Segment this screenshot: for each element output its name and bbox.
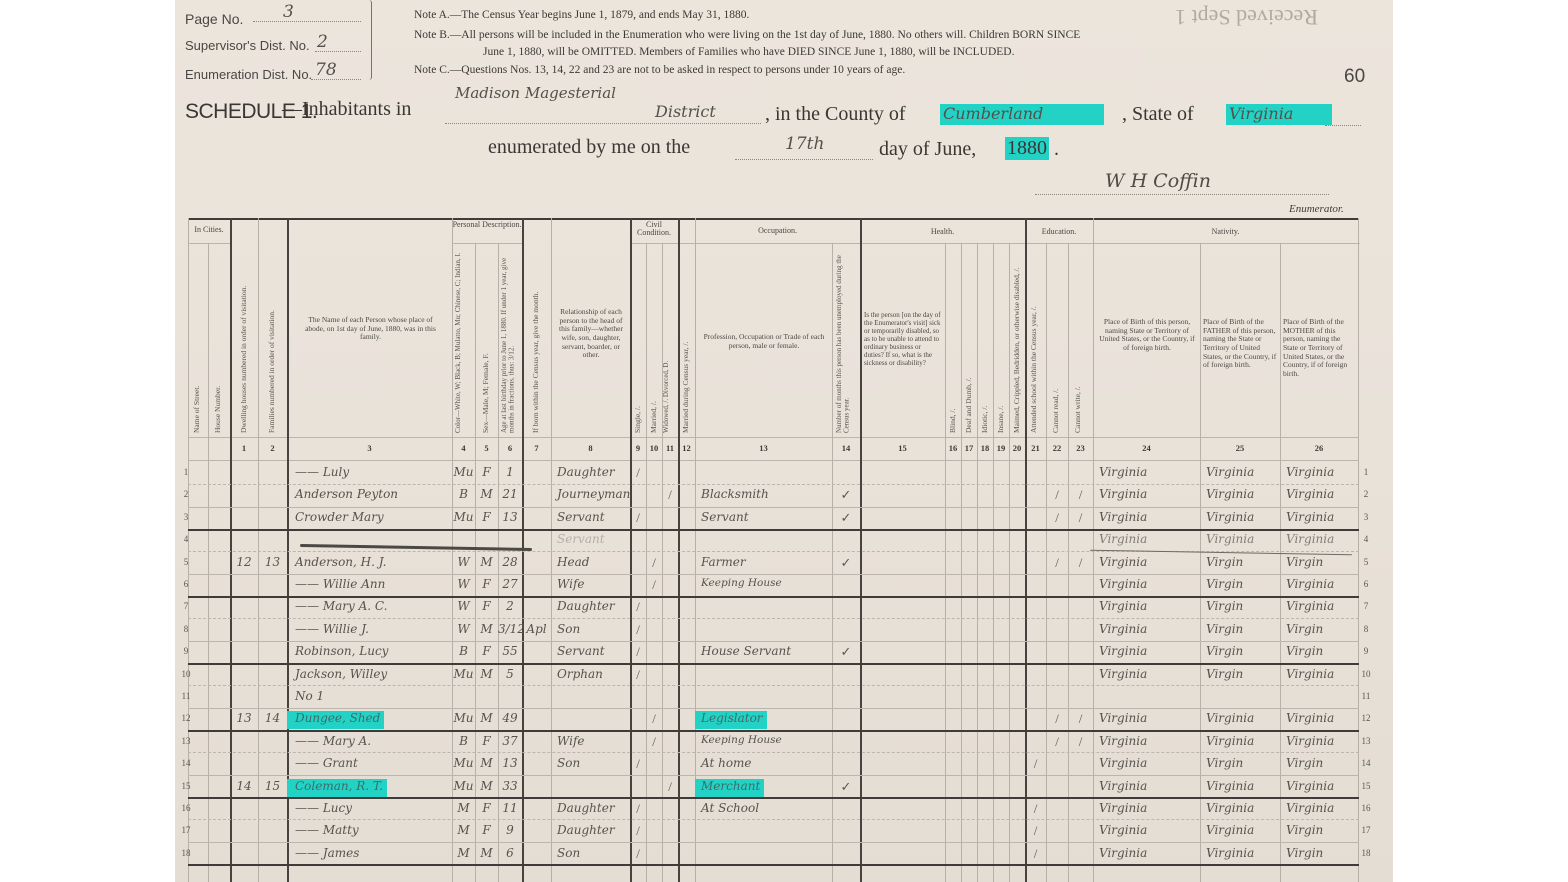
census-page: Page No. 3 Supervisor's Dist. No. 2 Enum… [175, 0, 1393, 882]
cell-single: / [630, 823, 646, 839]
cell-single: / [630, 801, 646, 817]
cell-age: 28 [498, 555, 522, 569]
cell-relation: Wife [551, 734, 636, 748]
supervisor-label: Supervisor's Dist. No. [185, 38, 310, 53]
note-c: Note C.—Questions Nos. 13, 14, 22 and 23… [414, 64, 905, 76]
cell-mother: Virginia [1280, 667, 1364, 681]
cell-occupation: At home [695, 756, 838, 770]
cell-sex: M [475, 711, 498, 725]
cell-father: Virginia [1200, 779, 1286, 793]
cell-father: Virgin [1200, 622, 1286, 636]
vline [945, 243, 946, 882]
cell-single: / [630, 622, 646, 638]
cell-color: B [452, 487, 475, 501]
colnum-23: 23 [1068, 443, 1093, 453]
note-a: Note A.—The Census Year begins June 1, 1… [414, 9, 749, 21]
row-number-left: 1 [179, 467, 193, 477]
cell-mother: Virginia [1280, 801, 1364, 815]
colnum-19: 19 [993, 443, 1009, 453]
row-divider-thick [188, 663, 1359, 665]
header-col15-sick: Is the person [on the day of the Enumera… [864, 311, 942, 367]
group-divider [452, 243, 522, 244]
cell-color: M [452, 823, 475, 837]
row-divider-thick [188, 864, 1359, 866]
row-number-left: 11 [179, 691, 193, 701]
vline [961, 243, 962, 882]
colnum-17: 17 [961, 443, 977, 453]
group-in-cities: In Cities. [188, 226, 230, 234]
cell-sex: M [475, 622, 498, 636]
cell-color: Mu [452, 667, 475, 681]
cell-sex: M [475, 846, 498, 860]
header-col16-blind: Blind, /. [949, 398, 957, 433]
cell-age: 6 [498, 846, 522, 860]
cell-mother: Virgin [1280, 823, 1364, 837]
cell-mother: Virginia [1280, 465, 1364, 479]
cell-school: / [1025, 823, 1046, 839]
cell-relation: Servant [551, 510, 636, 524]
cell-relation: Daughter [551, 599, 636, 613]
cell-color: Mu [452, 465, 475, 479]
vline [1025, 218, 1027, 882]
vline [678, 218, 680, 882]
enumeration-value: 78 [315, 60, 337, 80]
enumerator-label: Enumerator. [1289, 203, 1344, 215]
row-number-left: 2 [179, 489, 193, 499]
cell-father: Virgin [1200, 667, 1286, 681]
cell-mother: Virgin [1280, 846, 1364, 860]
cell-name: Dungee, Shed [287, 711, 384, 729]
cell-birth: Virginia [1093, 622, 1206, 636]
header-col2: Families numbered in order of visitation… [268, 268, 276, 433]
group-health: Health. [860, 228, 1025, 236]
cell-sex: F [475, 510, 498, 524]
cell-color: Mu [452, 756, 475, 770]
colnum-21: 21 [1025, 443, 1046, 453]
cell-school: / [1025, 756, 1046, 772]
district-value: District [655, 102, 716, 121]
group-nativity: Nativity. [1093, 228, 1358, 236]
cell-mother: Virginia [1280, 711, 1364, 725]
colnum-24: 24 [1093, 443, 1200, 453]
cell-name: —— James [287, 846, 452, 860]
vline [551, 218, 552, 882]
row-divider [188, 842, 1359, 843]
cell-name: —— Grant [287, 756, 452, 770]
cell-father: Virginia [1200, 846, 1286, 860]
row-number-right: 11 [1359, 691, 1373, 701]
cell-name: Robinson, Lucy [287, 644, 452, 658]
cell-occupation: Servant [695, 510, 838, 524]
note-b-line2: June 1, 1880, will be OMITTED. Members o… [483, 46, 1014, 58]
colnum-14: 14 [832, 443, 860, 453]
cell-color: B [452, 644, 475, 658]
cell-relation: Orphan [551, 667, 636, 681]
row-number-left: 16 [179, 803, 193, 813]
cell-sex: F [475, 734, 498, 748]
vline [208, 243, 209, 882]
received-stamp: Received Sept 1 [1175, 4, 1318, 30]
cell-relation: Son [551, 622, 636, 636]
cell-single: / [630, 846, 646, 862]
colnum-26: 26 [1280, 443, 1358, 453]
cell-mother: Virginia [1280, 532, 1364, 546]
cell-birth: Virginia [1093, 644, 1206, 658]
cell-married: / [646, 711, 662, 727]
row-divider-thick [188, 730, 1359, 732]
cell-birth: Virginia [1093, 465, 1206, 479]
cell-mother: Virginia [1280, 487, 1364, 501]
cell-birth: Virginia [1093, 756, 1206, 770]
page-no-line [253, 20, 361, 22]
state-line [1325, 124, 1361, 126]
vline [630, 218, 632, 882]
cell-birth: Virginia [1093, 711, 1206, 725]
cell-color: W [452, 577, 475, 591]
cell-married: / [646, 577, 662, 593]
cell-cannot-read: / [1046, 487, 1068, 503]
cell-father: Virginia [1200, 801, 1286, 815]
row-divider-thick [188, 529, 1359, 531]
header-col11-widowed: Widowed, /. Divorced, D. [663, 338, 677, 433]
colnum-3: 3 [287, 443, 452, 453]
row-number-left: 10 [179, 669, 193, 679]
cell-cannot-read: / [1046, 510, 1068, 526]
inhabitants-in-label: —Inhabitants in [282, 98, 411, 121]
header-col5-sex: Sex—Male, M; Female, F. [482, 328, 490, 433]
cell-name: —— Willie J. [287, 622, 452, 636]
cell-relation: Son [551, 846, 636, 860]
header-col7-month: If born within the Census year, give the… [532, 268, 540, 433]
district-line [445, 122, 761, 124]
cell-birth: Virginia [1093, 487, 1206, 501]
cell-father: Virginia [1200, 487, 1286, 501]
cell-age: 11 [498, 801, 522, 815]
cell-unemployed: ✓ [832, 510, 860, 526]
cell-sex: F [475, 644, 498, 658]
day-line [735, 158, 873, 160]
row-divider [188, 484, 1359, 485]
cell-cannot-read: / [1046, 555, 1068, 571]
header-col13-occupation: Profession, Occupation or Trade of each … [700, 333, 828, 350]
colnum-8: 8 [551, 443, 630, 453]
cell-name: Coleman, R. T. [287, 779, 387, 797]
header-col20-maimed: Maimed, Crippled, Bedridden, or otherwis… [1013, 248, 1021, 433]
header-col10-married: Married, /. [650, 383, 658, 433]
cell-father: Virgin [1200, 756, 1286, 770]
cell-father: Virginia [1200, 532, 1286, 546]
cell-name: —— Luly [287, 465, 452, 479]
header-col25-father-birthplace: Place of Birth of the FATHER of this per… [1203, 318, 1277, 370]
cell-occupation: Legislator [695, 711, 767, 729]
colnum-9: 9 [630, 443, 646, 453]
row-number-left: 3 [179, 512, 193, 522]
colnum-2: 2 [258, 443, 287, 453]
header-col24-birthplace: Place of Birth of this person, naming St… [1096, 318, 1198, 353]
row-divider [188, 775, 1359, 776]
supervisor-value: 2 [317, 32, 328, 52]
enumerated-by-label: enumerated by me on the [488, 136, 690, 159]
cell-father: Virginia [1200, 510, 1286, 524]
colnum-11: 11 [662, 443, 678, 453]
cell-unemployed: ✓ [832, 644, 860, 660]
cell-cannot-read: / [1046, 711, 1068, 727]
cell-mother: Virginia [1280, 577, 1364, 591]
header-col18-idiotic: Idiotic, /. [981, 393, 989, 433]
cell-birth: Virginia [1093, 801, 1206, 815]
cell-age: 55 [498, 644, 522, 658]
cell-father: Virgin [1200, 577, 1286, 591]
header-col3-name: The Name of each Person whose place of a… [298, 316, 443, 342]
cell-name: —— Mary A. C. [287, 599, 452, 613]
row-divider [188, 507, 1359, 508]
group-personal-description: Personal Description. [452, 221, 522, 229]
cell-age: 21 [498, 487, 522, 501]
cell-color: W [452, 599, 475, 613]
cell-age: 37 [498, 734, 522, 748]
cell-sex: F [475, 577, 498, 591]
cell-sex: M [475, 756, 498, 770]
cell-age: 3/12 [498, 622, 522, 636]
row-number-left: 7 [179, 601, 193, 611]
cell-age: 33 [498, 779, 522, 793]
cell-single: / [630, 599, 646, 615]
cell-sex: M [475, 555, 498, 569]
cell-age: 13 [498, 510, 522, 524]
cell-school: / [1025, 801, 1046, 817]
colnum-16: 16 [945, 443, 961, 453]
colnum-1: 1 [230, 443, 258, 453]
header-col26-mother-birthplace: Place of Birth of the MOTHER of this per… [1283, 318, 1357, 378]
cell-birth: Virginia [1093, 823, 1206, 837]
cell-mother: Virgin [1280, 756, 1364, 770]
colnum-5: 5 [475, 443, 498, 453]
cell-sex: F [475, 465, 498, 479]
cell-color: Mu [452, 510, 475, 524]
colnum-7: 7 [522, 443, 551, 453]
colnum-20: 20 [1009, 443, 1025, 453]
cell-father: Virginia [1200, 711, 1286, 725]
cell-cannot-read: / [1046, 734, 1068, 750]
cell-birth: Virginia [1093, 846, 1206, 860]
group-divider [695, 243, 1360, 244]
note-b-line1: Note B.—All persons will be included in … [414, 29, 1080, 41]
page-no-value: 3 [283, 2, 294, 22]
cell-dwelling: 13 [230, 711, 258, 725]
cell-father: Virginia [1200, 734, 1286, 748]
row-divider [188, 618, 1359, 619]
colnum-13: 13 [695, 443, 832, 453]
cell-birth: Virginia [1093, 510, 1206, 524]
colnum-12: 12 [678, 443, 695, 453]
cell-occupation: Keeping House [695, 734, 838, 746]
cell-mother: Virginia [1280, 734, 1364, 748]
cell-widowed: / [662, 779, 678, 795]
table-top-border [188, 218, 1359, 220]
cell-relation: Daughter [551, 823, 636, 837]
state-label: , State of [1122, 103, 1194, 126]
cell-unemployed: ✓ [832, 779, 860, 795]
row-number-left: 15 [179, 781, 193, 791]
row-number-left: 12 [179, 713, 193, 723]
cell-name: Anderson Peyton [287, 487, 452, 501]
row-divider [188, 752, 1359, 753]
colnum-22: 22 [1046, 443, 1068, 453]
cell-occupation: At School [695, 801, 838, 815]
colnum-18: 18 [977, 443, 993, 453]
cell-family: 15 [258, 779, 287, 793]
cell-occupation: Farmer [695, 555, 838, 569]
cell-mother: Virgin [1280, 644, 1364, 658]
cell-name: Jackson, Willey [287, 667, 452, 681]
cell-birth: Virginia [1093, 532, 1206, 546]
cell-name: —— Matty [287, 823, 452, 837]
cell-relation: Wife [551, 577, 636, 591]
enumerator-signature: W H Coffin [1105, 170, 1211, 192]
header-col17-deaf: Deaf and Dumb, /. [965, 363, 973, 433]
cell-cannot-write: / [1068, 487, 1093, 503]
cell-married: / [646, 734, 662, 750]
row-number-left: 4 [179, 534, 193, 544]
page-no-label: Page No. [185, 11, 243, 27]
header-col1: Dwelling houses numbered in order of vis… [240, 258, 248, 433]
cell-cannot-write: / [1068, 711, 1093, 727]
cell-color: B [452, 734, 475, 748]
cell-unemployed: ✓ [832, 555, 860, 571]
header-street: Name of Street. [193, 348, 201, 433]
cell-birth: Virginia [1093, 555, 1206, 569]
row-number-left: 18 [179, 848, 193, 858]
cell-father: Virgin [1200, 644, 1286, 658]
cell-sex: M [475, 487, 498, 501]
cell-occupation: House Servant [695, 644, 838, 658]
row-number-left: 17 [179, 825, 193, 835]
cell-color: M [452, 801, 475, 815]
cell-birth: Virginia [1093, 667, 1206, 681]
row-number-left: 6 [179, 579, 193, 589]
cell-father: Virgin [1200, 555, 1286, 569]
cell-school: / [1025, 846, 1046, 862]
cell-mother: Virginia [1280, 779, 1364, 793]
cell-age: 5 [498, 667, 522, 681]
cell-age: 9 [498, 823, 522, 837]
group-civil-condition: Civil Condition. [630, 221, 678, 238]
cell-relation: Journeyman [551, 487, 636, 501]
cell-color: W [452, 555, 475, 569]
row-divider [188, 641, 1359, 642]
cell-relation: Servant [551, 532, 636, 546]
year-period: . [1054, 138, 1059, 161]
cell-name: Anderson, H. J. [287, 555, 452, 569]
cell-month: Apl [522, 622, 551, 636]
cell-widowed: / [662, 487, 678, 503]
cell-name: No 1 [287, 689, 452, 703]
row-number-left: 5 [179, 557, 193, 567]
header-col19-insane: Insane, /. [997, 393, 1005, 433]
header-col22-cannot-read: Cannot read, /. [1052, 373, 1060, 433]
colnum-row-bottom [188, 460, 1359, 461]
cell-color: Mu [452, 711, 475, 725]
cell-dwelling: 14 [230, 779, 258, 793]
cell-mother: Virginia [1280, 510, 1364, 524]
cell-unemployed: ✓ [832, 487, 860, 503]
colnum-25: 25 [1200, 443, 1280, 453]
county-label: , in the County of [765, 103, 906, 126]
district-upper-handwriting: Madison Magesterial [455, 84, 616, 102]
cell-mother: Virginia [1280, 599, 1364, 613]
sheet-number: 60 [1344, 66, 1365, 88]
cell-father: Virginia [1200, 465, 1286, 479]
cell-color: W [452, 622, 475, 636]
cell-sex: M [475, 667, 498, 681]
cell-color: Mu [452, 779, 475, 793]
cell-birth: Virginia [1093, 577, 1206, 591]
cell-cannot-write: / [1068, 555, 1093, 571]
colnum-4: 4 [452, 443, 475, 453]
vline [860, 218, 862, 882]
cell-sex: F [475, 801, 498, 815]
row-divider [188, 574, 1359, 575]
cell-single: / [630, 465, 646, 481]
cell-occupation: Keeping House [695, 577, 838, 589]
cell-relation: Head [551, 555, 636, 569]
cell-father: Virgin [1200, 599, 1286, 613]
group-education: Education. [1025, 228, 1093, 236]
signature-line [1035, 193, 1329, 195]
vline [993, 243, 994, 882]
cell-name: —— Mary A. [287, 734, 452, 748]
header-col23-cannot-write: Cannot write, /. [1074, 368, 1082, 433]
cell-name: —— Lucy [287, 801, 452, 815]
cell-sex: M [475, 779, 498, 793]
row-number-left: 14 [179, 758, 193, 768]
cell-age: 1 [498, 465, 522, 479]
cell-single: / [630, 644, 646, 660]
year-highlighted: 1880 [1005, 137, 1049, 160]
state-value-highlighted: Virginia [1226, 104, 1332, 125]
cell-mother: Virgin [1280, 622, 1364, 636]
row-divider-thick [188, 596, 1359, 598]
header-col8-relationship: Relationship of each person to the head … [555, 308, 627, 360]
county-value-highlighted: Cumberland [940, 104, 1104, 125]
cell-color: M [452, 846, 475, 860]
cell-relation: Servant [551, 644, 636, 658]
row-number-left: 8 [179, 624, 193, 634]
row-divider [188, 708, 1359, 709]
cell-name: Crowder Mary [287, 510, 452, 524]
header-col14-unemployed: Number of months this person has been un… [836, 248, 856, 433]
cell-age: 49 [498, 711, 522, 725]
colnum-row-top [188, 437, 1359, 438]
cell-birth: Virginia [1093, 779, 1206, 793]
cell-single: / [630, 756, 646, 772]
colnum-6: 6 [498, 443, 522, 453]
group-occupation: Occupation. [695, 227, 860, 235]
row-number-left: 9 [179, 646, 193, 656]
cell-age: 13 [498, 756, 522, 770]
row-divider-thick [188, 797, 1359, 799]
cell-occupation: Merchant [695, 779, 764, 797]
cell-mother: Virgin [1280, 555, 1364, 569]
metadata-bracket [369, 0, 372, 80]
cell-occupation: Blacksmith [695, 487, 838, 501]
cell-birth: Virginia [1093, 599, 1206, 613]
cell-name: —— Willie Ann [287, 577, 452, 591]
group-divider [188, 243, 230, 244]
header-col9-single: Single, /. [634, 388, 642, 433]
cell-cannot-write: / [1068, 734, 1093, 750]
cell-age: 27 [498, 577, 522, 591]
